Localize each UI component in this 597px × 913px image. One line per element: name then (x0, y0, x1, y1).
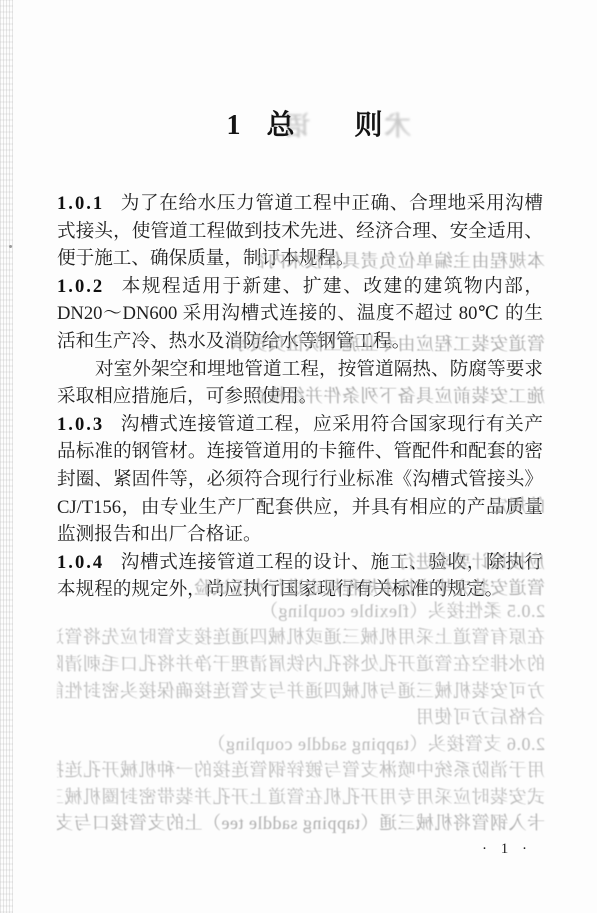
bleedthrough-text: 本规程由主编单位负责具体技术内容的解释 (258, 250, 545, 274)
chapter-title: 1 总 则 (0, 103, 597, 143)
bleedthrough-text: 在原有管道上采用机械三通或机械四通连接支管时应先将管道内 (57, 626, 545, 650)
bleedthrough-text: 用于消防系统中喷淋支管与镀锌钢管连接的一种机械开孔连接方 (57, 759, 545, 783)
bleedthrough-text: 2.0.5 柔性接头（flexible coupling） (57, 600, 545, 624)
chapter-title-char-2: 则 (355, 103, 383, 143)
chapter-number: 1 (226, 110, 240, 142)
bleedthrough-text: 管道安装工程应由专业施工队伍负责承担施工 (232, 333, 545, 357)
scanned-document-page: 术 语 1 总 则 1.0.1为了在给水压力管道工程中正确、合理地采用沟槽式接头… (0, 0, 597, 913)
clause-number: 1.0.4 (57, 552, 104, 573)
bleedthrough-text: 应按设计要求进行 (398, 551, 545, 575)
bleedthrough-text: 方可安装机械三通与机械四通并与支管连接确保接头密封性能好 (57, 680, 545, 704)
bleedthrough-text: 的水排空在管道开孔处将孔内铁屑清理干净并将孔口毛刺清除后 (57, 653, 545, 677)
clause-1-0-3: 1.0.3沟槽式连接管道工程，应采用符合国家现行有关产品标准的钢管材。连接管道用… (57, 411, 543, 549)
bleedthrough-text: 卡入钢管将机械三通（tapping saddle tee）上的支管接口与支管相连… (57, 812, 545, 836)
bleedthrough-text: 的规定 (470, 495, 545, 519)
clause-number: 1.0.1 (57, 193, 104, 214)
bleedthrough-text: 施工安装前应具备下列条件并经检查合格 (258, 385, 545, 409)
chapter-title-char-1: 总 (266, 103, 294, 143)
clause-number: 1.0.2 (57, 276, 104, 297)
bleedthrough-text: 式安装时应采用专用开孔机在管道上开孔并装带密封圈机械三通 (57, 786, 545, 810)
page-number: · 1 · (472, 841, 542, 858)
clause-number: 1.0.3 (57, 414, 104, 435)
bleedthrough-text: 合格后方可使用 (57, 706, 545, 730)
bleedthrough-text: 2.0.6 支管接头（tapping saddle coupling） (57, 733, 545, 757)
bleedthrough-text: 管道安装完毕应按本规程规定进行水压试验 (57, 577, 545, 601)
clause-text: 沟槽式连接管道工程，应采用符合国家现行有关产品标准的钢管材。连接管道用的卡箍件、… (57, 414, 543, 545)
scan-speck-artifact (9, 245, 12, 248)
